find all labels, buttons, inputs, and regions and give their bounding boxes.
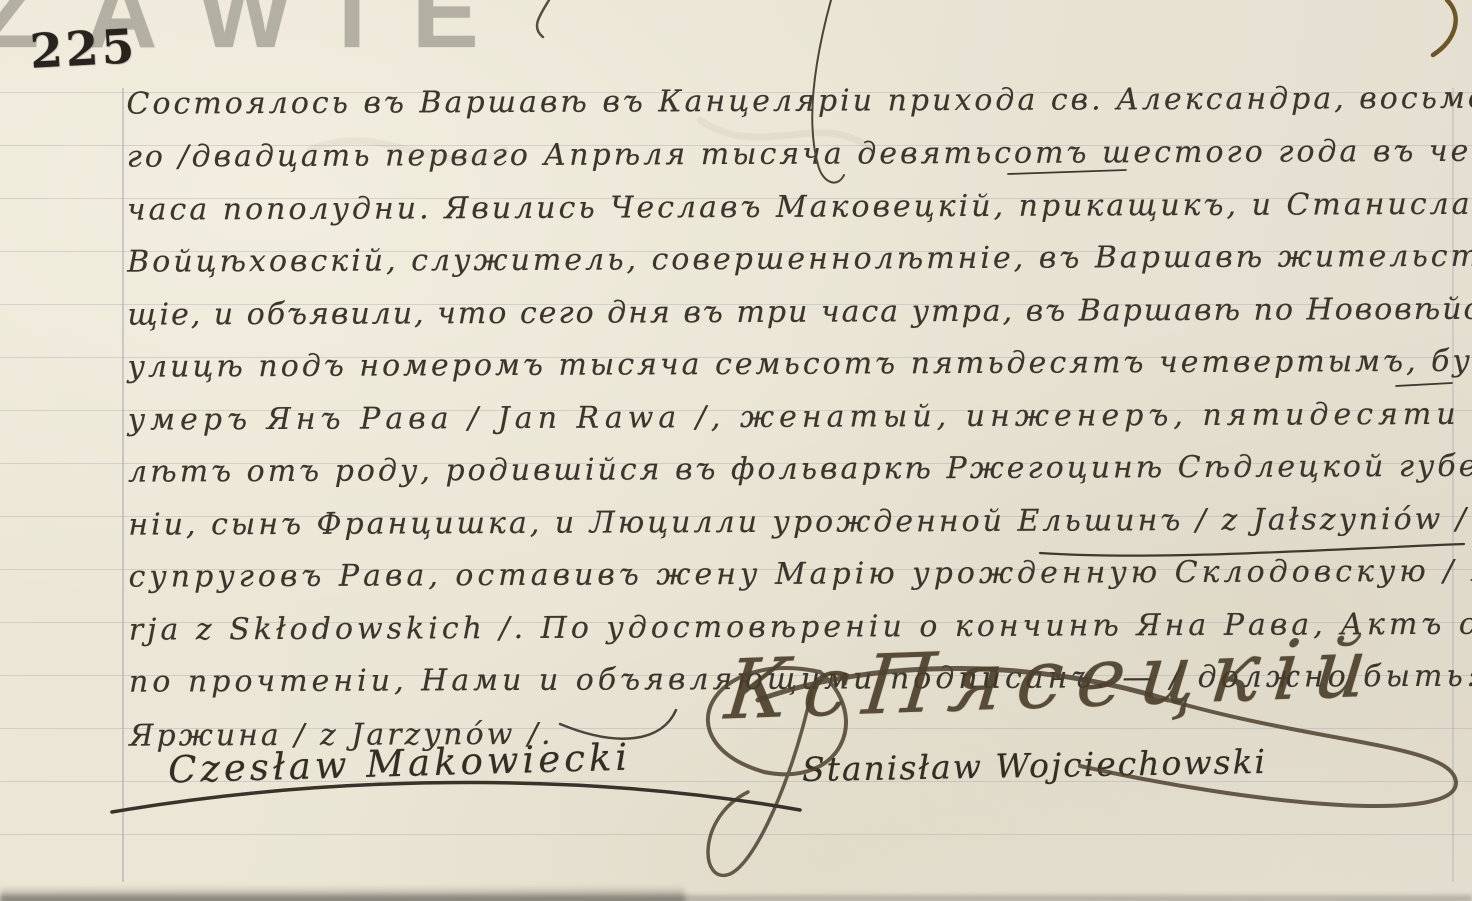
record-text-line: умеръ Янъ Рава / Jan Rawa /, женатый, ин…: [128, 396, 1472, 437]
record-text-line: го /двадцать перваго Апрѣля тысяча девят…: [127, 133, 1472, 174]
record-text-line: супруговъ Рава, оставивъ жену Марію урож…: [128, 553, 1472, 594]
record-text-line: щіе, и объявили, что сего дня въ три час…: [127, 291, 1472, 332]
archival-record-page: ZAWIE 225 Состоялось въ Варшавѣ въ Канце…: [0, 0, 1472, 901]
record-text-line: лѣтъ отъ роду, родившійся въ фольваркѣ Р…: [128, 449, 1472, 490]
record-text-line: часа пополудни. Явились Чеславъ Маковецк…: [127, 187, 1472, 228]
record-text-line: улицѣ подъ номеромъ тысяча семьсотъ пять…: [128, 343, 1472, 384]
scan-edge-shadow-full: [0, 895, 1472, 901]
record-text-line: Войцѣховскій, служитель, совершеннолѣтні…: [127, 238, 1472, 279]
record-text-line: Состоялось въ Варшавѣ въ Канцеляріи прих…: [126, 81, 1472, 122]
record-text-line: ніи, сынъ Францишка, и Люцилли урожденно…: [128, 502, 1469, 543]
declarant-signature-wojciechowski: Stanisław Wojciechowski: [802, 742, 1268, 789]
